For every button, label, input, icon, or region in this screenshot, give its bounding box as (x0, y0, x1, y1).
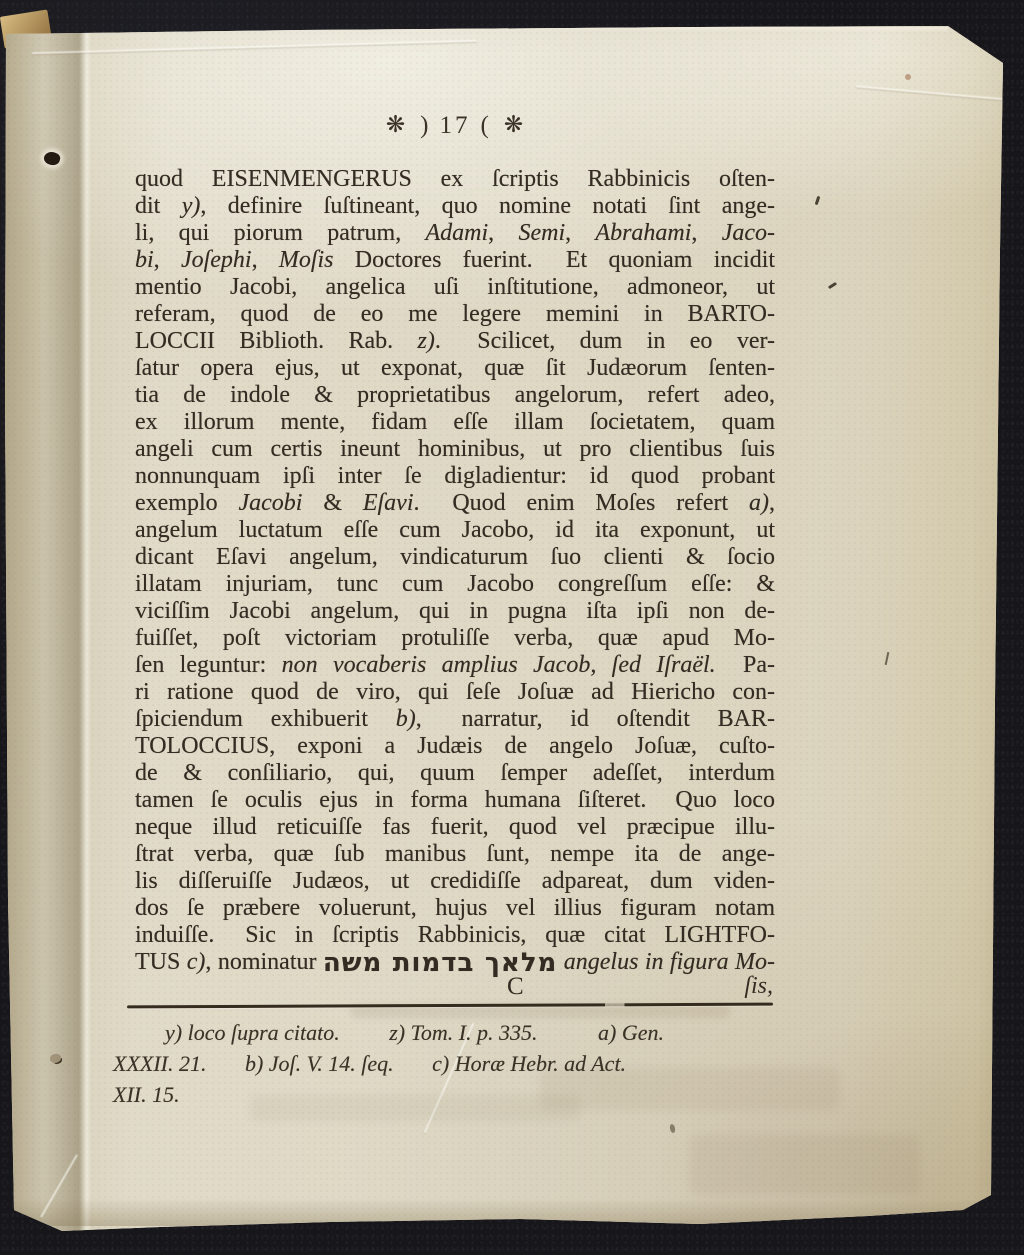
roman-text: , (691, 220, 721, 246)
italic-text: Jacobi (239, 490, 303, 516)
body-line-18: fuiſſet, poſt victoriam protuliſſe verba… (135, 625, 775, 652)
italic-text: non vocaberis amplius Jacob, ſed Iſraël. (282, 652, 716, 678)
page-number-bracket-close: ( (481, 112, 490, 139)
roman-text: , (252, 247, 279, 273)
body-line-2: dit y), definire ſuſtineant, quo nomine … (135, 193, 775, 220)
roman-text: TUS (135, 949, 187, 975)
page-number-bracket-open: ) (420, 112, 429, 139)
roman-text: angeli cum certis ineunt hominibus, ut p… (135, 436, 775, 462)
roman-text: ſatur opera ejus, ut exponat, quæ ſit Ju… (135, 355, 775, 381)
roman-text: illatam injuriam, tunc cum Jacobo congre… (135, 571, 775, 597)
body-line-23: de & conſiliario, qui, quum ſemper adeſſ… (135, 760, 775, 787)
roman-text: , definire ſuſtineant, quo nomine notati… (200, 193, 775, 219)
catchword: ſis, (744, 973, 773, 1000)
body-line-13: exemplo Jacobi & Eſavi. Quod enim Moſes … (135, 490, 775, 517)
italic-text: Semi (518, 220, 565, 246)
body-text: quod EISENMENGERUS ex ſcriptis Rabbinici… (135, 166, 775, 976)
roman-text: ſtrat verba, quæ ſub manibus ſunt, nempe… (135, 841, 775, 867)
footnote-line-1: y) loco ſupra citato. z) Tom. I. p. 335.… (113, 1017, 777, 1048)
body-line-15: dicant Eſavi angelum, vindicaturum ſuo c… (135, 544, 775, 571)
body-line-28: dos ſe præbere voluerunt, hujus vel illi… (135, 895, 775, 922)
body-line-26: ſtrat verba, quæ ſub manibus ſunt, nempe… (135, 841, 775, 868)
gutter-shadow (5, 26, 91, 1235)
roman-text: & (302, 490, 362, 516)
footnotes: y) loco ſupra citato. z) Tom. I. p. 335.… (113, 1017, 777, 1110)
roman-text: , (488, 220, 518, 246)
roman-text: Pa- (716, 652, 775, 678)
footnote-separator-rule (127, 1003, 773, 1009)
roman-text: de & conſiliario, qui, quum ſemper adeſſ… (135, 760, 775, 786)
body-line-1: quod EISENMENGERUS ex ſcriptis Rabbinici… (135, 166, 775, 193)
roman-text: angelum luctatum eſſe cum Jacobo, id ita… (135, 517, 775, 543)
roman-text: , (565, 220, 595, 246)
roman-text: dos ſe præbere voluerunt, hujus vel illi… (135, 895, 775, 921)
roman-text: fuiſſet, poſt victoriam protuliſſe verba… (135, 625, 775, 651)
roman-text: exemplo (135, 490, 239, 516)
italic-text: a) (749, 490, 769, 516)
body-line-25: neque illud reticuiſſe fas fuerit, quod … (135, 814, 775, 841)
italic-text: angelus in figura Mo- (564, 949, 775, 975)
typeset-area: ❋)17(❋ quod EISENMENGERUS ex ſcriptis Ra… (135, 112, 775, 1110)
body-line-24: tamen ſe oculis ejus in forma humana ſiſ… (135, 787, 775, 814)
page-number: 17 (430, 112, 481, 139)
roman-text: ſpiciendum exhibuerit (135, 706, 396, 732)
star-ornament-icon-left: ❋ (372, 112, 420, 138)
body-line-5: mentio Jacobi, angelica uſi inſtitutione… (135, 274, 775, 301)
italic-text: y) (182, 193, 201, 219)
body-line-10: ex illorum mente, fidam eſſe illam ſocie… (135, 409, 775, 436)
roman-text: , (769, 490, 775, 516)
body-line-4: bi, Joſephi, Moſis Doctores fuerint. Et … (135, 247, 775, 274)
page-header: ❋)17(❋ (135, 112, 775, 148)
signature-mark: C (507, 973, 524, 1001)
body-line-22: TOLOCCIUS, exponi a Judæis de angelo Joſ… (135, 733, 775, 760)
roman-text: nonnunquam ipſi inter ſe digladientur: i… (135, 463, 775, 489)
body-line-6: referam, quod de eo me legere memini in … (135, 301, 775, 328)
body-line-21: ſpiciendum exhibuerit b), narratur, id o… (135, 706, 775, 733)
show-through-smudge (690, 1135, 920, 1195)
footnote-line-3: XII. 15. (113, 1079, 777, 1110)
roman-text: TOLOCCIUS, exponi a Judæis de angelo Joſ… (135, 733, 775, 759)
italic-text: Abrahami (595, 220, 691, 246)
body-line-19: ſen leguntur: non vocaberis amplius Jaco… (135, 652, 775, 679)
roman-text: referam, quod de eo me legere memini in … (135, 301, 775, 327)
body-line-14: angelum luctatum eſſe cum Jacobo, id ita… (135, 517, 775, 544)
scanned-book-photo: ❋)17(❋ quod EISENMENGERUS ex ſcriptis Ra… (0, 0, 1024, 1255)
roman-text: dicant Eſavi angelum, vindicaturum ſuo c… (135, 544, 775, 570)
roman-text: LOCCII Biblioth. Rab. (135, 328, 418, 354)
body-line-9: tia de indole & proprietatibus angelorum… (135, 382, 775, 409)
body-line-8: ſatur opera ejus, ut exponat, quæ ſit Ju… (135, 355, 775, 382)
body-line-29: induiſſe. Sic in ſcriptis Rabbinicis, qu… (135, 922, 775, 949)
roman-text: . Scilicet, dum in eo ver- (435, 328, 775, 354)
italic-text: Joſephi (181, 247, 252, 273)
italic-text: z) (418, 328, 435, 354)
roman-text: , narratur, id oſtendit BAR- (416, 706, 775, 732)
book-page: ❋)17(❋ quod EISENMENGERUS ex ſcriptis Ra… (0, 0, 1024, 1255)
roman-text: ſen leguntur: (135, 652, 282, 678)
italic-text: Moſis (279, 247, 334, 273)
roman-text: li, qui piorum patrum, (135, 220, 426, 246)
body-line-3: li, qui piorum patrum, Adami, Semi, Abra… (135, 220, 775, 247)
roman-text: dit (135, 193, 182, 219)
body-line-30: TUS c), nominatur מלאך בדמות משה angelus… (135, 949, 775, 976)
italic-text: b) (396, 706, 416, 732)
italic-text: Eſavi (363, 490, 414, 516)
roman-text: viciſſim Jacobi angelum, qui in pugna iſ… (135, 598, 775, 624)
body-line-11: angeli cum certis ineunt hominibus, ut p… (135, 436, 775, 463)
roman-text: mentio Jacobi, angelica uſi inſtitutione… (135, 274, 775, 300)
body-line-7: LOCCII Biblioth. Rab. z). Scilicet, dum … (135, 328, 775, 355)
roman-text: ri ratione quod de viro, qui ſeſe Joſuæ … (135, 679, 775, 705)
italic-text: Jaco- (722, 220, 775, 246)
roman-text: ex illorum mente, fidam eſſe illam ſocie… (135, 409, 775, 435)
body-line-20: ri ratione quod de viro, qui ſeſe Joſuæ … (135, 679, 775, 706)
body-line-17: viciſſim Jacobi angelum, qui in pugna iſ… (135, 598, 775, 625)
italic-text: bi (135, 247, 154, 273)
roman-text: , (154, 247, 181, 273)
star-ornament-icon-right: ❋ (490, 112, 538, 138)
roman-text: , nominatur (205, 949, 322, 975)
italic-text: c) (187, 949, 206, 975)
italic-text: Adami (426, 220, 489, 246)
roman-text: Doctores fuerint. Et quoniam incidit (334, 247, 776, 273)
body-line-16: illatam injuriam, tunc cum Jacobo congre… (135, 571, 775, 598)
roman-text: quod EISENMENGERUS ex ſcriptis Rabbinici… (135, 166, 775, 192)
signature-row: C ſis, (135, 973, 775, 999)
roman-text: . Quod enim Moſes refert (414, 490, 750, 516)
body-line-12: nonnunquam ipſi inter ſe digladientur: i… (135, 463, 775, 490)
roman-text: tia de indole & proprietatibus angelorum… (135, 382, 775, 408)
rust-speck (905, 74, 911, 80)
roman-text: tamen ſe oculis ejus in forma humana ſiſ… (135, 787, 775, 813)
roman-text: induiſſe. Sic in ſcriptis Rabbinicis, qu… (135, 922, 775, 948)
roman-text: lis diſſeruiſſe Judæos, ut credidiſſe ad… (135, 868, 775, 894)
roman-text: neque illud reticuiſſe fas fuerit, quod … (135, 814, 775, 840)
footnote-line-2: XXXII. 21. b) Joſ. V. 14. ſeq. c) Horæ H… (113, 1048, 777, 1079)
body-line-27: lis diſſeruiſſe Judæos, ut credidiſſe ad… (135, 868, 775, 895)
